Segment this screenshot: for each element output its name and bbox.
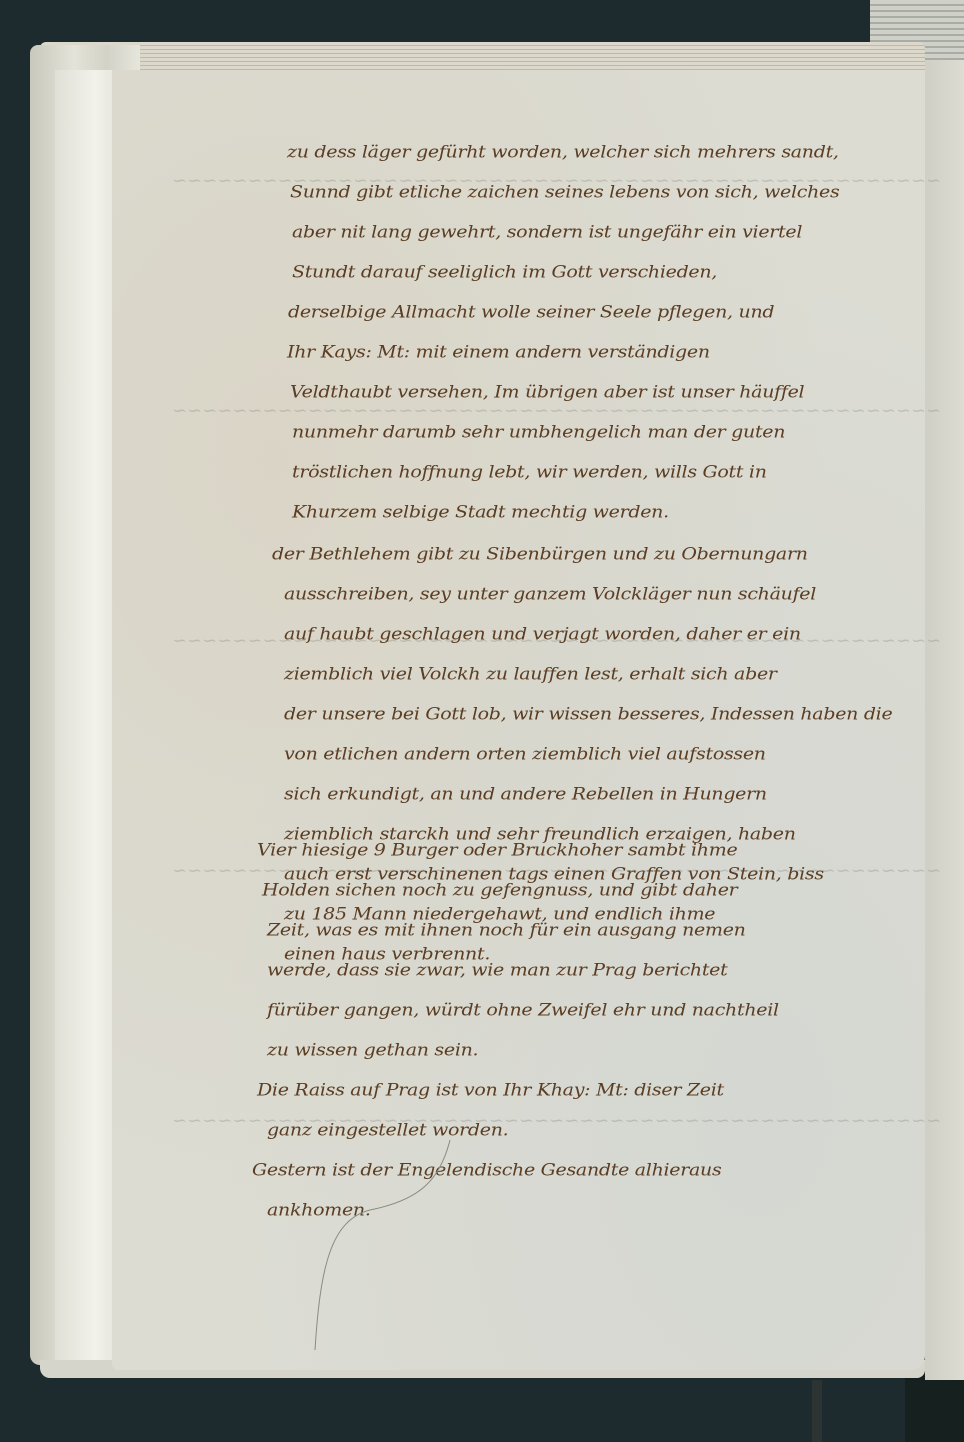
hair-strand — [300, 1140, 460, 1360]
text-layer — [0, 0, 964, 1442]
